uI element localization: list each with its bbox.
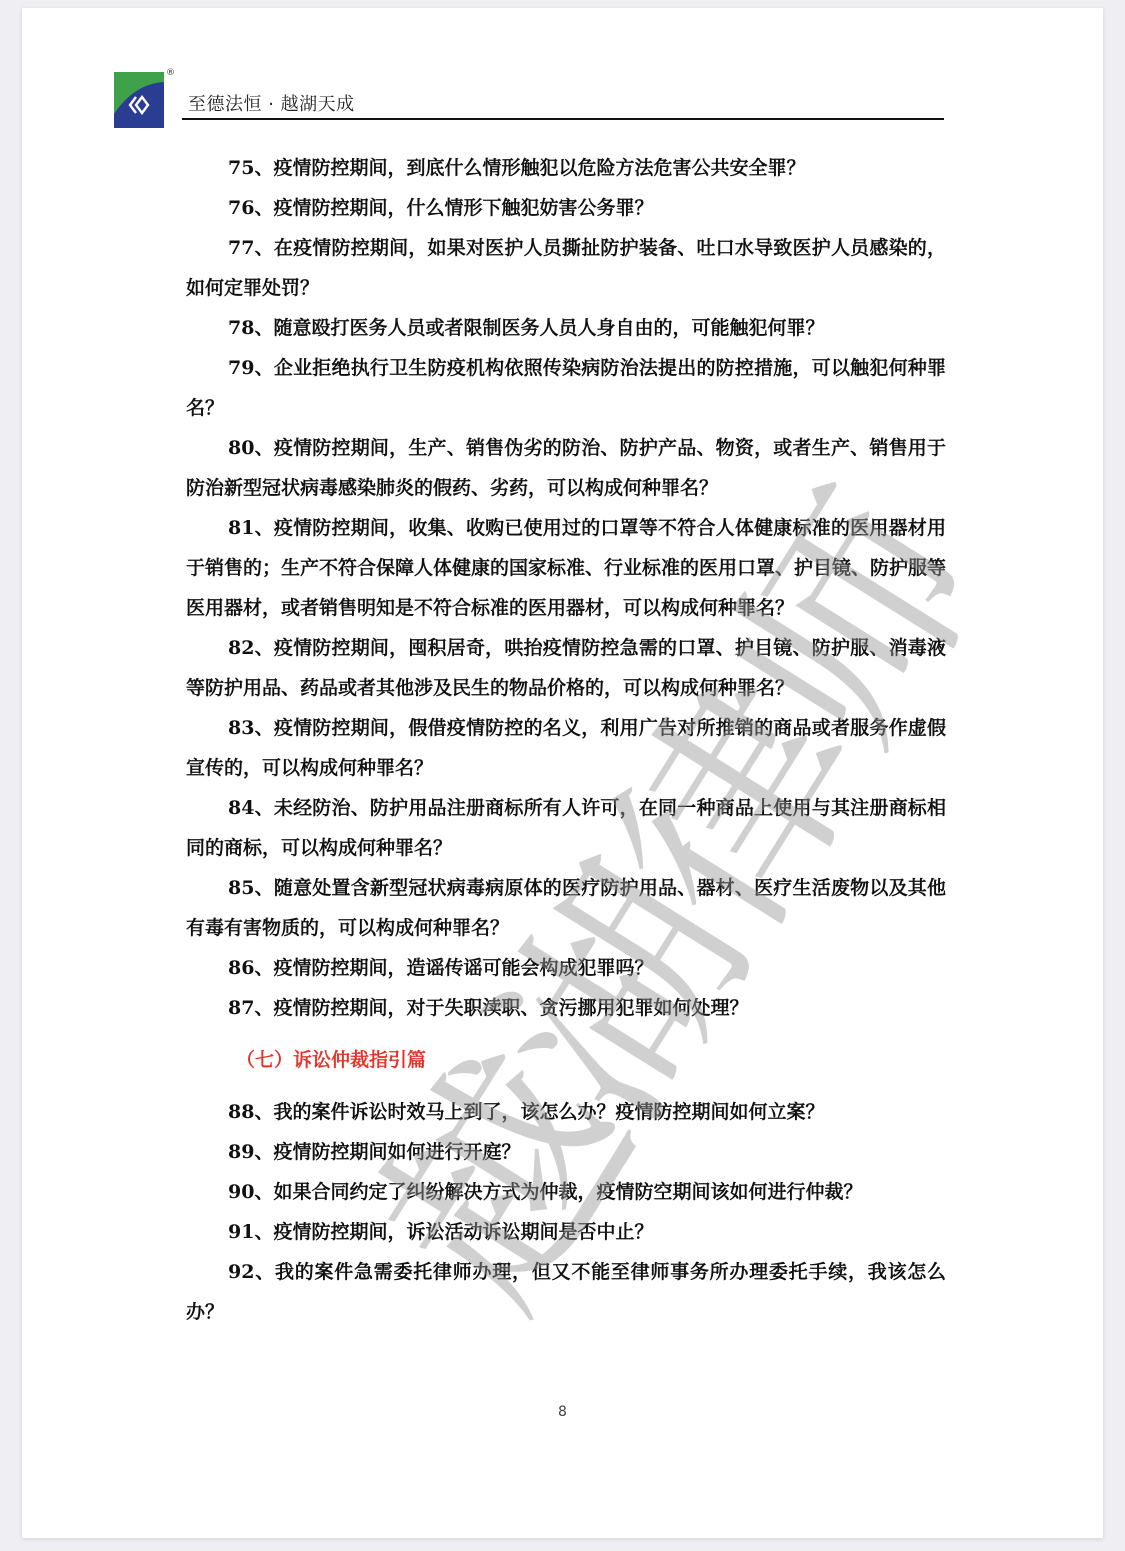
- question-81: 81、疫情防控期间，收集、收购已使用过的口罩等不符合人体健康标准的医用器材用于销…: [186, 508, 946, 628]
- question-86: 86、疫情防控期间，造谣传谣可能会构成犯罪吗？: [186, 948, 946, 988]
- law-firm-logo-icon: [114, 72, 164, 128]
- question-77: 77、在疫情防控期间，如果对医护人员撕扯防护装备、吐口水导致医护人员感染的，如何…: [186, 228, 946, 308]
- question-83: 83、疫情防控期间，假借疫情防控的名义，利用广告对所推销的商品或者服务作虚假宣传…: [186, 708, 946, 788]
- logo-diamond-mark-icon: [128, 94, 150, 116]
- registered-trademark-mark: ®: [166, 68, 175, 78]
- question-76: 76、疫情防控期间，什么情形下触犯妨害公务罪？: [186, 188, 946, 228]
- question-78: 78、随意殴打医务人员或者限制医务人员人身自由的，可能触犯何罪？: [186, 308, 946, 348]
- question-75: 75、疫情防控期间，到底什么情形触犯以危险方法危害公共安全罪？: [186, 148, 946, 188]
- question-79: 79、企业拒绝执行卫生防疫机构依照传染病防治法提出的防控措施，可以触犯何种罪名？: [186, 348, 946, 428]
- page-number: 8: [22, 1404, 1103, 1420]
- page-header: ® 至德法恒 · 越湖天成: [114, 72, 944, 132]
- question-85: 85、随意处置含新型冠状病毒病原体的医疗防护用品、器材、医疗生活废物以及其他有毒…: [186, 868, 946, 948]
- question-89: 89、疫情防控期间如何进行开庭？: [186, 1132, 946, 1172]
- question-82: 82、疫情防控期间，囤积居奇，哄抬疫情防控急需的口罩、护目镜、防护服、消毒液等防…: [186, 628, 946, 708]
- question-80: 80、疫情防控期间，生产、销售伪劣的防治、防护产品、物资，或者生产、销售用于防治…: [186, 428, 946, 508]
- section-heading: （七）诉讼仲裁指引篇: [236, 1040, 946, 1080]
- header-divider: [182, 118, 944, 120]
- question-87: 87、疫情防控期间，对于失职渎职、贪污挪用犯罪如何处理？: [186, 988, 946, 1028]
- question-91: 91、疫情防控期间，诉讼活动诉讼期间是否中止？: [186, 1212, 946, 1252]
- question-90: 90、如果合同约定了纠纷解决方式为仲裁，疫情防空期间该如何进行仲裁？: [186, 1172, 946, 1212]
- header-title: 至德法恒 · 越湖天成: [188, 90, 355, 116]
- document-body: 75、疫情防控期间，到底什么情形触犯以危险方法危害公共安全罪？ 76、疫情防控期…: [186, 148, 946, 1332]
- question-88: 88、我的案件诉讼时效马上到了，该怎么办？疫情防控期间如何立案？: [186, 1092, 946, 1132]
- document-page: ® 至德法恒 · 越湖天成 75、疫情防控期间，到底什么情形触犯以危险方法危害公…: [22, 8, 1103, 1538]
- question-84: 84、未经防治、防护用品注册商标所有人许可，在同一种商品上使用与其注册商标相同的…: [186, 788, 946, 868]
- question-92: 92、我的案件急需委托律师办理，但又不能至律师事务所办理委托手续，我该怎么办？: [186, 1252, 946, 1332]
